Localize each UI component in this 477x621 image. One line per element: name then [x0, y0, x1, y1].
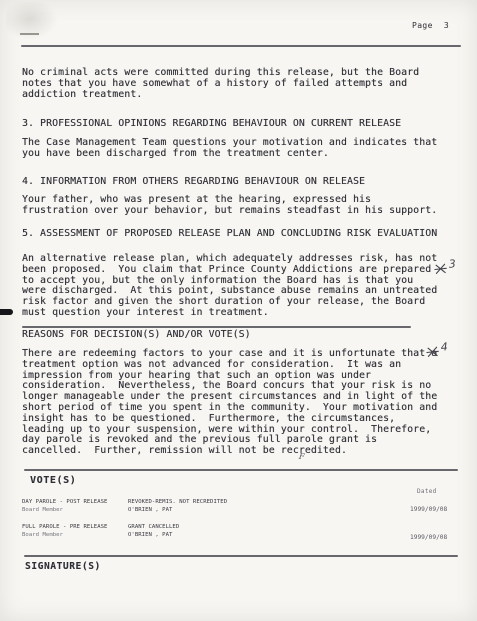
signatures-rule	[24, 555, 458, 557]
section-3-heading: 3. PROFESSIONAL OPINIONS REGARDING BEHAV…	[22, 119, 401, 130]
intro-paragraph: No criminal acts were committed during t…	[22, 68, 419, 100]
reasons-heading: REASONS FOR DECISION(S) AND/OR VOTE(S)	[22, 330, 251, 341]
signatures-heading: SIGNATURE(S)	[25, 561, 101, 572]
scan-dash-artifact	[20, 33, 39, 35]
vote-row-date: 1999/09/08	[410, 506, 447, 513]
vote-row-date: 1999/09/08	[410, 534, 447, 541]
votes-rule	[24, 469, 458, 471]
vote-row-type: FULL PAROLE - PRE RELEASE	[22, 524, 107, 530]
section-3-paragraph: The Case Management Team questions your …	[22, 138, 437, 160]
votes-heading: VOTE(S)	[30, 475, 76, 486]
stray-pen-mark: F	[298, 452, 305, 462]
asterisk-icon	[434, 262, 448, 276]
section-5-paragraph: An alternative release plan, which adequ…	[22, 254, 437, 319]
page-word: Page	[412, 21, 433, 30]
vote-row-member-label: Board Member	[22, 532, 63, 538]
section-4-heading: 4. INFORMATION FROM OTHERS REGARDING BEH…	[22, 177, 365, 188]
reasons-rule	[22, 326, 411, 328]
handwritten-margin-note-3: 3	[433, 258, 456, 275]
page-number: 3	[444, 21, 449, 30]
dated-column-label: Dated	[417, 488, 437, 495]
vote-row-decision: REVOKED-REMIS. NOT RECREDITED	[128, 499, 227, 505]
section-5-heading: 5. ASSESSMENT OF PROPOSED RELEASE PLAN A…	[22, 229, 437, 240]
handwritten-margin-note-4: 4	[425, 341, 448, 358]
vote-row-decision: GRANT CANCELLED	[128, 524, 179, 530]
page-number-label: Page3	[412, 21, 449, 30]
margin-note-number: 4	[440, 341, 448, 352]
vote-row-type: DAY PAROLE - POST RELEASE	[22, 499, 107, 505]
scanned-document-page: Page3 No criminal acts were committed du…	[0, 0, 477, 621]
header-rule	[21, 45, 461, 47]
asterisk-icon	[426, 345, 440, 359]
reasons-paragraph: There are redeeming factors to your case…	[22, 349, 437, 457]
vote-row-member-name: O'BRIEN , PAT	[128, 507, 172, 513]
vote-row-member-name: O'BRIEN , PAT	[128, 532, 172, 538]
margin-note-number: 3	[448, 258, 456, 269]
section-4-paragraph: Your father, who was present at the hear…	[22, 195, 437, 217]
scan-edge-mark	[0, 309, 13, 315]
vote-row-member-label: Board Member	[22, 507, 63, 513]
